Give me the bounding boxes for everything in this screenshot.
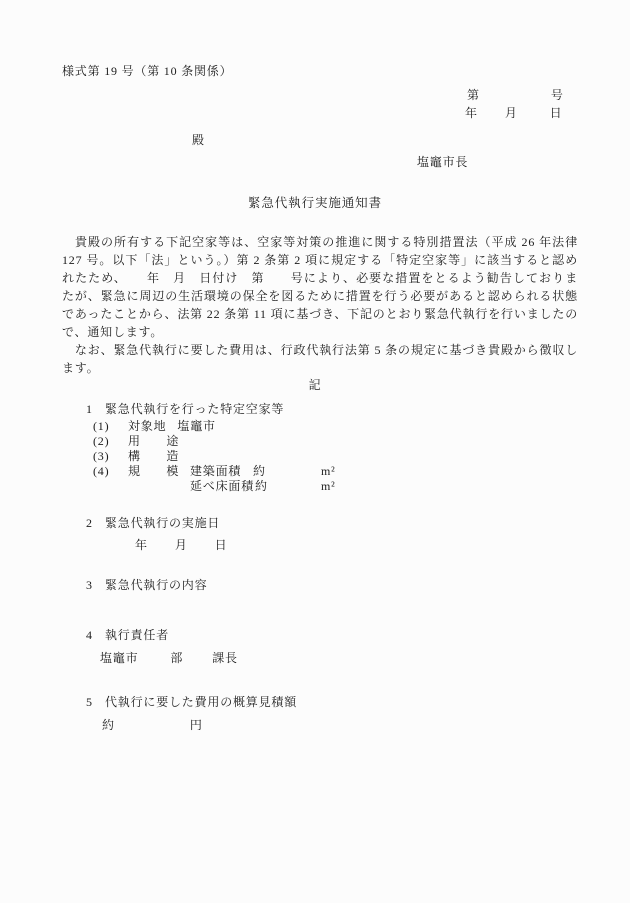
body-line: 127 号。以下「法」という。）第 2 条第 2 項に規定する「特定空家等」に該… (62, 251, 578, 269)
section-1-item-scale: (4)規 模 (93, 464, 179, 479)
sender-name: 塩竈市長 (417, 154, 468, 170)
body-line: であったことから、法第 22 条第 11 項に基づき、下記のとおり緊急代執行を行… (62, 305, 578, 323)
section-1-heading: 1緊急代執行を行った特定空家等 (86, 401, 284, 417)
date-month-blank-field (518, 116, 550, 117)
item-3-label: 構 造 (128, 449, 179, 463)
body-line: たが、緊急に周辺の生活環境の保全を図るために措置を行う必要があると認められる状態 (62, 287, 578, 305)
section-4-heading: 4執行責任者 (86, 627, 169, 643)
section-3-number: 3 (86, 577, 105, 593)
section-1-item-use: (2)用 途 (93, 434, 179, 449)
body-line: れたため、 年 月 日付け 第 号により、必要な措置をとるよう勧告しておりまし (62, 269, 578, 287)
section-1-number: 1 (86, 401, 105, 417)
item-1-label: 対象地 (128, 419, 166, 433)
section-1-item-structure: (3)構 造 (93, 449, 179, 464)
body-line: で、通知します。 (62, 323, 578, 341)
item-1-value: 塩竈市 (177, 419, 215, 433)
cost-unit-label: 円 (190, 718, 203, 732)
date-year-label: 年 (465, 106, 478, 120)
doc-number-line: 第号 (467, 87, 564, 103)
document-page: 様式第 19 号（第 10 条関係） 第号 年月日 殿 塩竈市長 緊急代執行実施… (0, 0, 630, 903)
doc-number-suffix: 号 (551, 88, 564, 102)
section-5-heading: 5代執行に要した費用の概算見積額 (86, 694, 297, 710)
date-year-blank-field (478, 116, 505, 117)
officer-org-label: 塩竈市 (100, 651, 138, 665)
officer-chief-label: 課長 (212, 651, 238, 665)
exec-month-label: 月 (175, 538, 188, 552)
section-2-title: 緊急代執行の実施日 (105, 516, 220, 530)
form-number: 様式第 19 号（第 10 条関係） (62, 63, 232, 79)
officer-section-blank-field (183, 661, 212, 662)
section-5-number: 5 (86, 694, 105, 710)
exec-day-label: 日 (215, 538, 228, 552)
section-3-title: 緊急代執行の内容 (105, 578, 207, 592)
execution-date-line: 年月日 (135, 537, 227, 553)
doc-number-prefix: 第 (467, 88, 480, 102)
floor-area-label: 延べ床面積 (190, 479, 254, 494)
section-2-heading: 2緊急代執行の実施日 (86, 515, 220, 531)
floor-area-approx-label: 約 (255, 479, 268, 494)
cost-amount-blank-field (115, 728, 190, 729)
body-paragraph: 貴殿の所有する下記空家等は、空家等対策の推進に関する特別措置法（平成 26 年法… (62, 233, 578, 377)
date-day-label: 日 (550, 106, 563, 120)
date-month-label: 月 (505, 106, 518, 120)
officer-dept-label: 部 (170, 651, 183, 665)
section-4-number: 4 (86, 627, 105, 643)
building-area-label: 建築面積 (190, 464, 241, 479)
body-line: ます。 (62, 359, 578, 377)
body-line: なお、緊急代執行に要した費用は、行政代執行法第 5 条の規定に基づき貴殿から徴収… (62, 341, 578, 359)
section-1-title: 緊急代執行を行った特定空家等 (105, 402, 284, 416)
issue-date-line: 年月日 (465, 105, 562, 121)
section-3-heading: 3緊急代執行の内容 (86, 577, 207, 593)
section-1-item-target-site: (1)対象地塩竈市 (93, 419, 216, 434)
exec-month-blank-field (188, 548, 215, 549)
item-4-label: 規 模 (128, 464, 179, 478)
section-2-number: 2 (86, 515, 105, 531)
item-1-number: (1) (93, 419, 128, 434)
building-area-unit: m² (321, 464, 336, 479)
document-title: 緊急代執行実施通知書 (0, 195, 630, 211)
ki-marker: 記 (0, 377, 630, 393)
cost-approx-label: 約 (102, 718, 115, 732)
exec-year-blank-field (148, 548, 175, 549)
item-2-label: 用 途 (128, 434, 179, 448)
item-4-number: (4) (93, 464, 128, 479)
section-5-title: 代執行に要した費用の概算見積額 (105, 695, 297, 709)
officer-dept-blank-field (138, 661, 170, 662)
cost-estimate-line: 約円 (102, 717, 203, 733)
addressee-honorific: 殿 (192, 132, 205, 148)
section-4-title: 執行責任者 (105, 628, 169, 642)
doc-number-blank-field (480, 98, 551, 99)
responsible-officer-line: 塩竈市部課長 (100, 650, 238, 666)
body-line: 貴殿の所有する下記空家等は、空家等対策の推進に関する特別措置法（平成 26 年法… (62, 233, 578, 251)
floor-area-unit: m² (321, 479, 336, 494)
exec-year-label: 年 (135, 538, 148, 552)
item-3-number: (3) (93, 449, 128, 464)
building-area-approx-label: 約 (253, 464, 266, 479)
item-1-gap (166, 429, 177, 430)
item-2-number: (2) (93, 434, 128, 449)
